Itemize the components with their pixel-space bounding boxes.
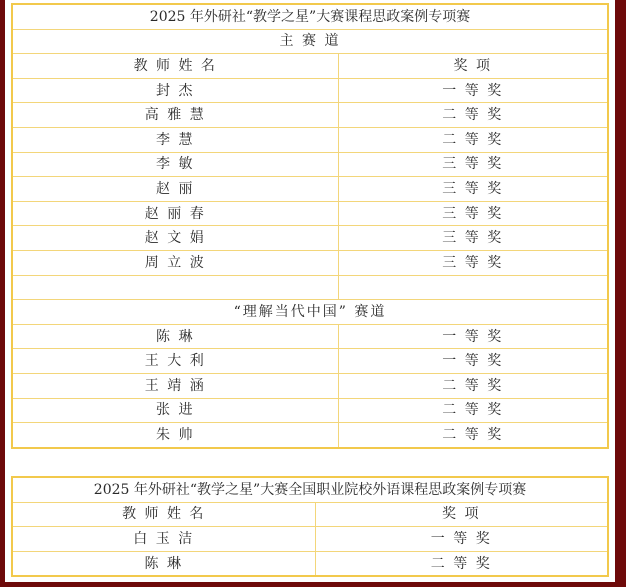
- document-page: 2025 年外研社“教学之星”大赛课程思政案例专项赛 主 赛 道 教 师 姓 名…: [5, 0, 615, 582]
- vocational-results-table: 2025 年外研社“教学之星”大赛全国职业院校外语课程思政案例专项赛 教 师 姓…: [11, 476, 609, 577]
- teacher-name: 王 靖 涵: [12, 373, 338, 398]
- teacher-name: 赵 丽: [12, 177, 338, 202]
- track-title-understanding-china: “理解当代中国” 赛道: [12, 300, 608, 325]
- table-row: 陈 琳一 等 奖: [12, 324, 608, 349]
- table-row: 陈 琳二 等 奖: [12, 551, 608, 576]
- award: 三 等 奖: [338, 177, 608, 202]
- teacher-name: 朱 帅: [12, 423, 338, 448]
- award: 二 等 奖: [338, 103, 608, 128]
- header-row: 教 师 姓 名 奖 项: [12, 502, 608, 527]
- header-name: 教 师 姓 名: [12, 502, 315, 527]
- header-row: 教 师 姓 名 奖 项: [12, 54, 608, 79]
- main-results-table: 2025 年外研社“教学之星”大赛课程思政案例专项赛 主 赛 道 教 师 姓 名…: [11, 3, 609, 449]
- teacher-name: 王 大 利: [12, 349, 338, 374]
- teacher-name: 陈 琳: [12, 324, 338, 349]
- table-row: 赵 文 娟三 等 奖: [12, 226, 608, 251]
- award: 一 等 奖: [338, 349, 608, 374]
- table-row: 王 大 利一 等 奖: [12, 349, 608, 374]
- table-row: 张 进二 等 奖: [12, 398, 608, 423]
- table-row: 高 雅 慧二 等 奖: [12, 103, 608, 128]
- teacher-name: 封 杰: [12, 78, 338, 103]
- blank-row: [12, 275, 608, 300]
- teacher-name: 陈 琳: [12, 551, 315, 576]
- header-award: 奖 项: [315, 502, 608, 527]
- award: 一 等 奖: [338, 324, 608, 349]
- award: 二 等 奖: [338, 373, 608, 398]
- track-title-main: 主 赛 道: [12, 29, 608, 54]
- header-award: 奖 项: [338, 54, 608, 79]
- teacher-name: 赵 丽 春: [12, 201, 338, 226]
- award: 二 等 奖: [338, 398, 608, 423]
- award: 二 等 奖: [338, 127, 608, 152]
- teacher-name: 高 雅 慧: [12, 103, 338, 128]
- award: 三 等 奖: [338, 250, 608, 275]
- teacher-name: 李 慧: [12, 127, 338, 152]
- table-row: 李 慧二 等 奖: [12, 127, 608, 152]
- table-row: 封 杰一 等 奖: [12, 78, 608, 103]
- award: 一 等 奖: [338, 78, 608, 103]
- table-title: 2025 年外研社“教学之星”大赛课程思政案例专项赛: [12, 4, 608, 29]
- table-row: 赵 丽 春三 等 奖: [12, 201, 608, 226]
- teacher-name: 张 进: [12, 398, 338, 423]
- teacher-name: 周 立 波: [12, 250, 338, 275]
- award: 三 等 奖: [338, 201, 608, 226]
- award: 一 等 奖: [315, 527, 608, 552]
- award: 三 等 奖: [338, 226, 608, 251]
- table-row: 李 敏三 等 奖: [12, 152, 608, 177]
- table-row: 朱 帅二 等 奖: [12, 423, 608, 448]
- table-row: 赵 丽三 等 奖: [12, 177, 608, 202]
- header-name: 教 师 姓 名: [12, 54, 338, 79]
- award: 三 等 奖: [338, 152, 608, 177]
- award: 二 等 奖: [338, 423, 608, 448]
- table-row: 王 靖 涵二 等 奖: [12, 373, 608, 398]
- table-row: 白 玉 洁一 等 奖: [12, 527, 608, 552]
- table-row: 周 立 波三 等 奖: [12, 250, 608, 275]
- teacher-name: 赵 文 娟: [12, 226, 338, 251]
- teacher-name: 李 敏: [12, 152, 338, 177]
- award: 二 等 奖: [315, 551, 608, 576]
- blank-cell: [338, 275, 608, 300]
- table-title: 2025 年外研社“教学之星”大赛全国职业院校外语课程思政案例专项赛: [12, 477, 608, 502]
- teacher-name: 白 玉 洁: [12, 527, 315, 552]
- blank-cell: [12, 275, 338, 300]
